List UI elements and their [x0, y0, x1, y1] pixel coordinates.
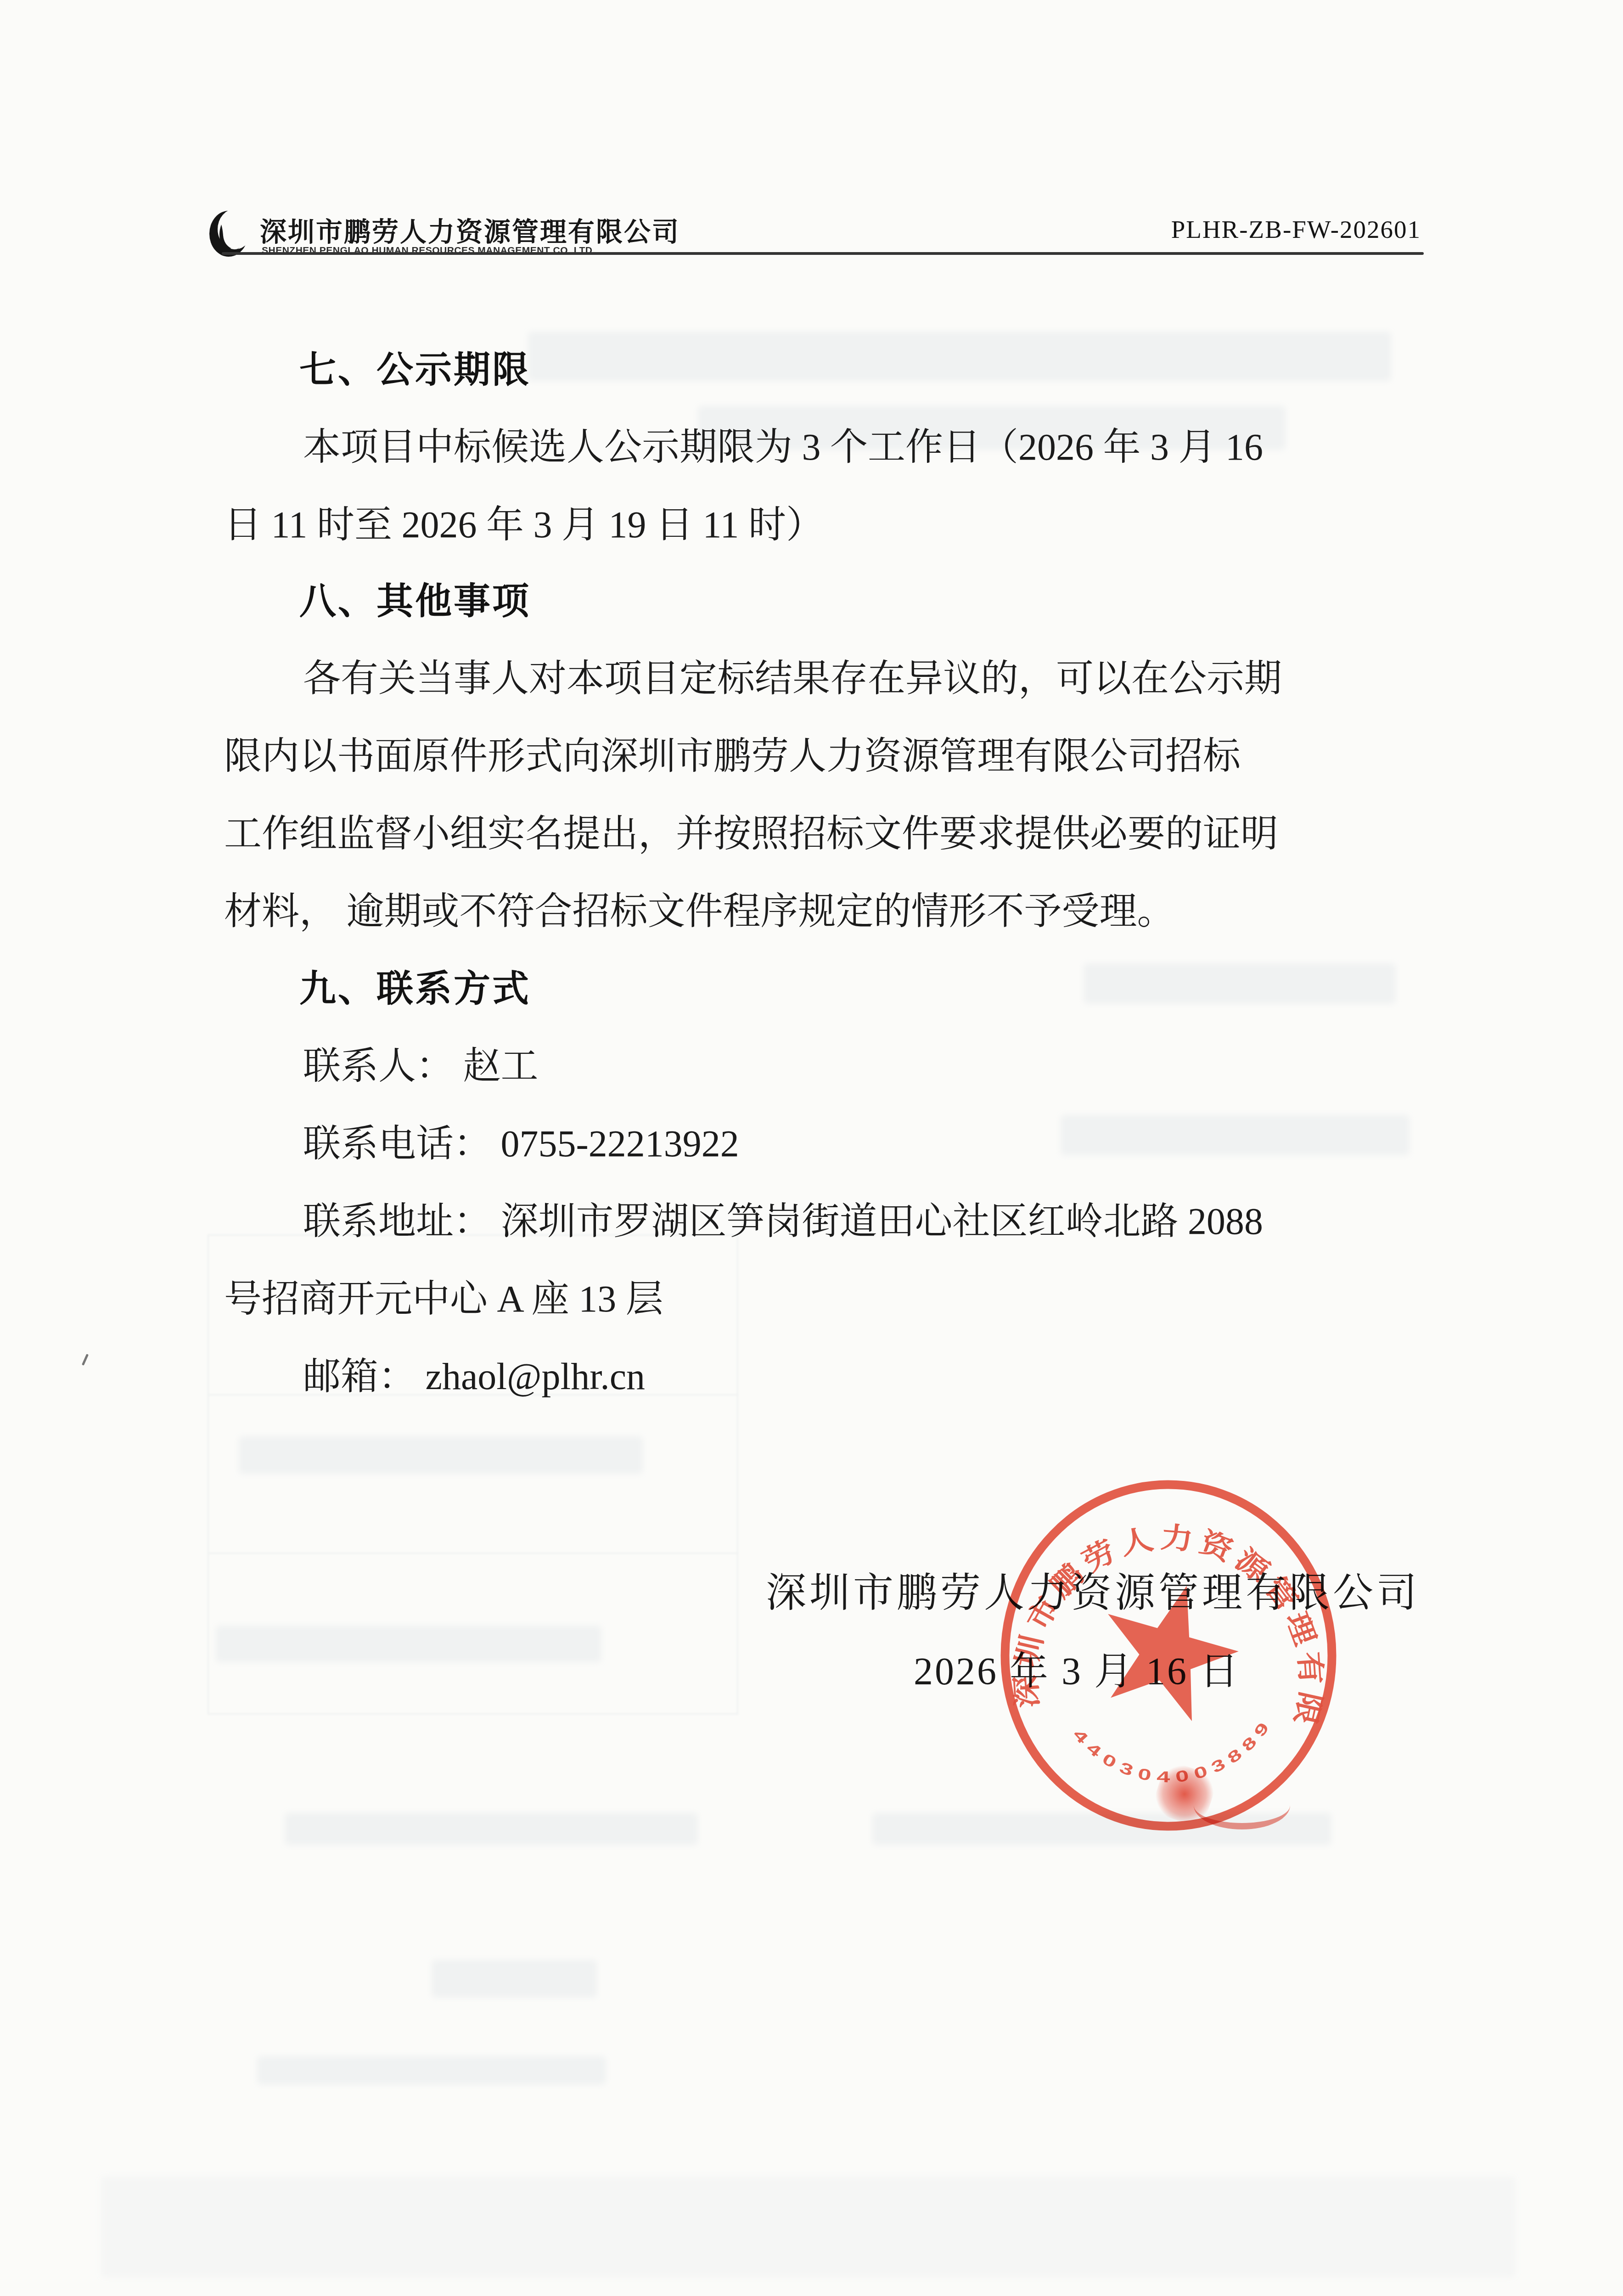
ghost-bleedthrough [216, 1626, 601, 1662]
scan-speck [82, 1354, 89, 1366]
section9-heading: 九、联系方式 [299, 959, 531, 1012]
ghost-bleedthrough [1061, 1115, 1410, 1155]
contact-phone: 联系电话： 0755-22213922 [303, 1114, 739, 1167]
section7-line1: 本项目中标候选人公示期限为 3 个工作日（2026 年 3 月 16 [303, 417, 1263, 471]
ghost-bleedthrough [1084, 963, 1396, 1004]
header-divider [222, 252, 1424, 255]
svg-text:深圳市鹏劳人力资源管理有限公司: 深圳市鹏劳人力资源管理有限公司 [992, 1474, 1327, 1733]
seal-star-icon [1086, 1567, 1252, 1728]
contact-address-line1: 联系地址： 深圳市罗湖区笋岗街道田心社区红岭北路 2088 [303, 1191, 1263, 1245]
seal-ring-text: 深圳市鹏劳人力资源管理有限公司 [992, 1474, 1327, 1733]
contact-address-line2: 号招商开元中心 A 座 13 层 [224, 1269, 663, 1322]
ghost-bleedthrough [239, 1436, 643, 1474]
document-number: PLHR-ZB-FW-202601 [1171, 215, 1421, 244]
ghost-bleedthrough [257, 2056, 606, 2085]
ghost-bleedthrough [101, 2177, 1515, 2278]
section7-heading: 七、公示期限 [299, 340, 531, 393]
section7-line2: 日 11 时至 2026 年 3 月 19 日 11 时） [224, 495, 824, 548]
contact-person: 联系人： 赵工 [303, 1036, 539, 1090]
contact-email: 邮箱： zhaol@plhr.cn [303, 1346, 645, 1400]
ghost-bleedthrough [528, 332, 1391, 381]
section8-line4: 材料， 逾期或不符合招标文件程序规定的情形不予受理。 [224, 881, 1175, 935]
section8-line3: 工作组监督小组实名提出，并按照招标文件要求提供必要的证明 [224, 804, 1278, 857]
ghost-bleedthrough [285, 1813, 698, 1845]
ghost-bleedthrough [432, 1960, 597, 1998]
section8-heading: 八、其他事项 [299, 571, 531, 624]
company-name-chinese: 深圳市鹏劳人力资源管理有限公司 [260, 210, 680, 249]
document-page: 深圳市鹏劳人力资源管理有限公司 SHENZHEN PENGLAO HUMAN R… [0, 0, 1623, 2296]
section8-line2: 限内以书面原件形式向深圳市鹏劳人力资源管理有限公司招标 [224, 726, 1241, 780]
section8-line1: 各有关当事人对本项目定标结果存在异议的，可以在公示期 [303, 648, 1282, 702]
